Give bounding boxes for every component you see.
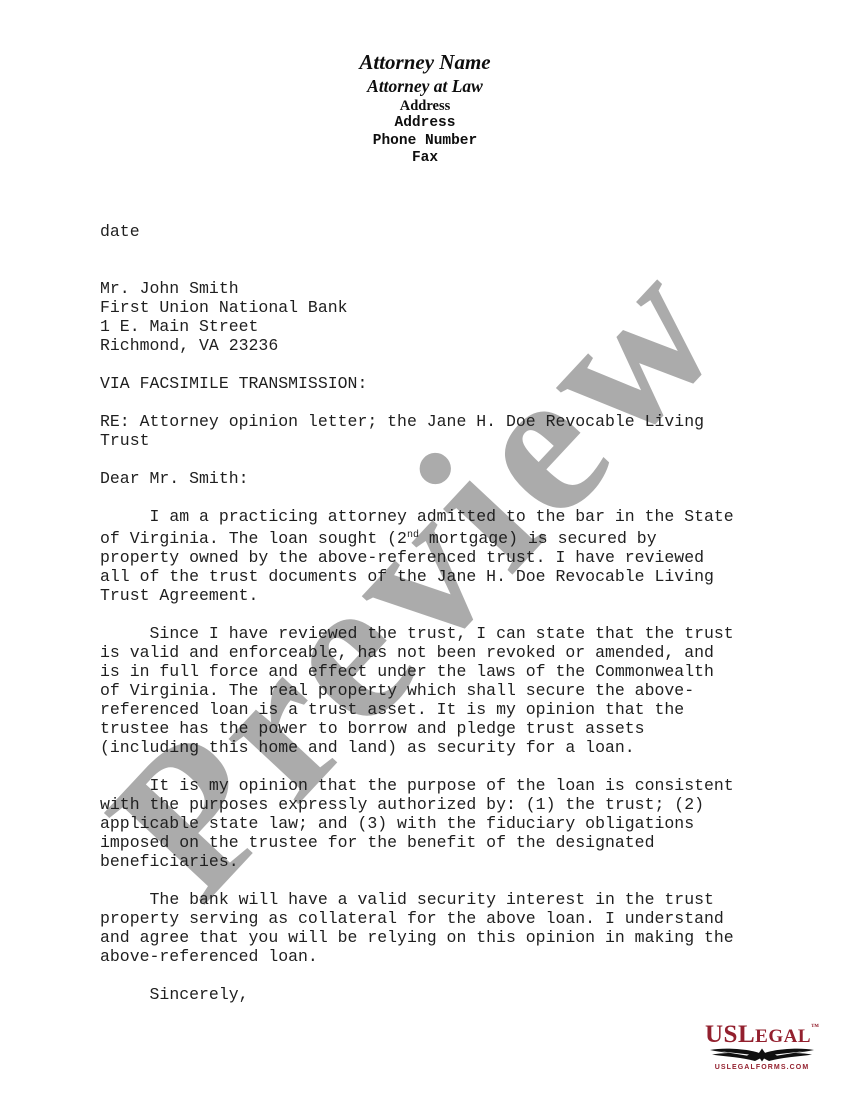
address-line-2: Address bbox=[0, 115, 850, 133]
subject-line: RE: Attorney opinion letter; the Jane H.… bbox=[100, 412, 760, 450]
address-line-1: Address bbox=[0, 97, 850, 115]
wordmark-small-caps: EGAL bbox=[755, 1026, 811, 1047]
delivery-method: VIA FACSIMILE TRANSMISSION: bbox=[100, 374, 760, 393]
attorney-name: Attorney Name bbox=[0, 50, 850, 75]
phone-number-line: Phone Number bbox=[0, 133, 850, 151]
uslegalforms-url: USLEGALFORMS.COM bbox=[700, 1064, 824, 1071]
closing: Sincerely, bbox=[100, 985, 760, 1004]
uslegal-logo: USLEGAL™ USLEGALFORMS.COM bbox=[700, 1022, 824, 1071]
ordinal-superscript: nd bbox=[407, 530, 419, 541]
paragraph-1: I am a practicing attorney admitted to t… bbox=[100, 507, 760, 605]
eagle-wings-icon bbox=[709, 1048, 815, 1062]
document-page: Preview Attorney Name Attorney at Law Ad… bbox=[0, 0, 850, 1100]
recipient-address: Mr. John Smith First Union National Bank… bbox=[100, 279, 760, 355]
trademark-symbol: ™ bbox=[811, 1022, 819, 1031]
date-line: date bbox=[100, 222, 760, 241]
paragraph-4: The bank will have a valid security inte… bbox=[100, 890, 760, 966]
letter-body: date Mr. John Smith First Union National… bbox=[100, 222, 760, 1004]
uslegal-wordmark: USLEGAL™ bbox=[700, 1022, 824, 1047]
fax-line: Fax bbox=[0, 150, 850, 168]
attorney-title: Attorney at Law bbox=[0, 75, 850, 97]
wordmark-large-caps: USL bbox=[705, 1021, 755, 1048]
letterhead: Attorney Name Attorney at Law Address Ad… bbox=[0, 50, 850, 168]
paragraph-3: It is my opinion that the purpose of the… bbox=[100, 776, 760, 871]
paragraph-2: Since I have reviewed the trust, I can s… bbox=[100, 624, 760, 757]
salutation: Dear Mr. Smith: bbox=[100, 469, 760, 488]
